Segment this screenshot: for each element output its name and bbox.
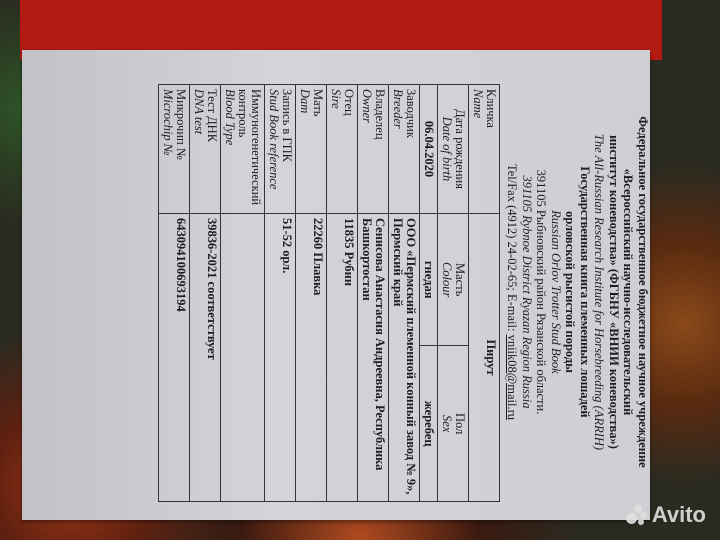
header-line: 391105 Рыбновский район Рязанской област… xyxy=(534,72,549,512)
table-row: КличкаName Пирут xyxy=(469,85,500,502)
horse-card-table: КличкаName Пирут Дата рожденияDate of bi… xyxy=(158,84,500,502)
studbook-value: 51-52 орл. xyxy=(265,214,296,502)
header-line: 391105 Rybnoe District Ryazan Region Rus… xyxy=(520,72,535,512)
header-line: Государственная книга племенных лошадей xyxy=(578,72,593,512)
table-row: Тест ДНКDNA test 39836-2021 соответствуе… xyxy=(190,85,221,502)
microchip-label: Микрочип №Microchip № xyxy=(159,85,190,214)
contact-line: Tel/Fax (4912) 24-02-65; E-mail: vniik08… xyxy=(505,72,520,512)
header-line: институт коневодства» (ФГБНУ «ВНИИ конев… xyxy=(607,72,622,512)
sire-label: ОтецSire xyxy=(327,85,358,214)
document-page: Федеральное государственное бюджетное на… xyxy=(22,50,650,520)
table-row: ЗаводчикBreeder ООО «Пермский племенной … xyxy=(389,85,420,502)
tel-fax: Tel/Fax (4912) 24-02-65; E-mail: xyxy=(506,164,520,335)
avito-watermark: Avito xyxy=(626,502,706,528)
stud-certificate: Федеральное государственное бюджетное на… xyxy=(56,72,650,512)
name-label: КличкаName xyxy=(469,85,500,214)
colour-value: гнедая xyxy=(420,214,438,346)
breeder-label: ЗаводчикBreeder xyxy=(389,85,420,214)
table-row: ВладелецOwner Сенисова Анастасия Андреев… xyxy=(358,85,389,502)
dam-label: МатьDam xyxy=(296,85,327,214)
table-row: Запись в ГПКStud Book reference 51-52 ор… xyxy=(265,85,296,502)
header-line: орловской рысистой породы xyxy=(563,72,578,512)
avito-logo-icon xyxy=(626,505,648,525)
breeder-value: ООО «Пермский племенной конный завод № 9… xyxy=(389,214,420,502)
studbook-label: Запись в ГПКStud Book reference xyxy=(265,85,296,214)
table-row: Дата рожденияDate of birth МастьColour П… xyxy=(438,85,469,502)
table-row: Микрочип №Microchip № 643094100693194 xyxy=(159,85,190,502)
dob-label: Дата рожденияDate of birth xyxy=(438,85,469,214)
header-line: «Всероссийский научно-исследовательский xyxy=(621,72,636,512)
dob-value: 06.04.2020 xyxy=(420,85,438,214)
header-line: Федеральное государственное бюджетное на… xyxy=(636,72,651,512)
dam-value: 22260 Плавка xyxy=(296,214,327,502)
name-value: Пирут xyxy=(469,214,500,502)
owner-label: ВладелецOwner xyxy=(358,85,389,214)
email-link[interactable]: vniik08@mail.ru xyxy=(506,335,520,420)
owner-value: Сенисова Анастасия Андреевна, Республика… xyxy=(358,214,389,502)
sex-label: ПолSex xyxy=(438,346,469,502)
header-line: The All-Russian Research Institute for H… xyxy=(592,72,607,512)
table-row: 06.04.2020 гнедая жеребец xyxy=(420,85,438,502)
blood-type-label: Иммуногенетический контрольBlood Type xyxy=(221,85,265,214)
header-line: Russian Orlov Trotter Stud Book xyxy=(549,72,564,512)
avito-brand-text: Avito xyxy=(652,502,706,528)
table-row: ОтецSire 11835 Рубин xyxy=(327,85,358,502)
dna-value: 39836-2021 соответствует xyxy=(190,214,221,502)
colour-label: МастьColour xyxy=(438,214,469,346)
table-row: МатьDam 22260 Плавка xyxy=(296,85,327,502)
sire-value: 11835 Рубин xyxy=(327,214,358,502)
institute-header: Федеральное государственное бюджетное на… xyxy=(505,72,650,512)
microchip-value: 643094100693194 xyxy=(159,214,190,502)
blood-type-value xyxy=(221,214,265,502)
sex-value: жеребец xyxy=(420,346,438,502)
dna-label: Тест ДНКDNA test xyxy=(190,85,221,214)
table-row: Иммуногенетический контрольBlood Type xyxy=(221,85,265,502)
